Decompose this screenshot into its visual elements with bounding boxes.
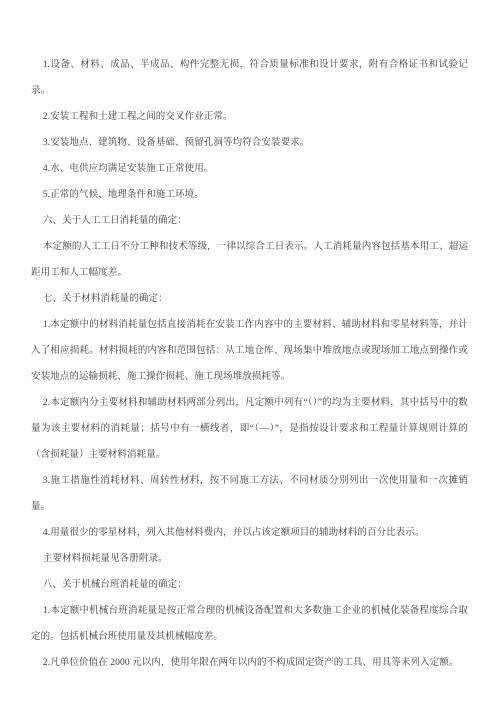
numbered-item-machine-1: 1.本定额中机械台班消耗量是按正常合理的机械设备配置和大多数施工企业的机械化装备… [31,598,468,650]
section-heading-six: 六、关于人工工日消耗量的确定： [31,208,468,234]
numbered-item-3: 3.安装地点、建筑物、设备基础、预留孔洞等均符合安装要求。 [31,130,468,156]
numbered-item-material-4: 4.用量很少的零星材料，列入其他材料费内，并以占该定额项目的辅助材料的百分比表示… [31,520,468,546]
numbered-item-4: 4.水、电供应均满足安装施工正常使用。 [31,156,468,182]
document-page: 1.设备、材料、成品、半成品、构件完整无损，符合质量标准和设计要求，附有合格证书… [0,0,496,701]
document-body: 1.设备、材料、成品、半成品、构件完整无损，符合质量标准和设计要求，附有合格证书… [31,52,468,676]
numbered-item-machine-2: 2.凡单位价值在 2000 元以内，使用年限在两年以内的不构成固定资产的工具、用… [31,650,468,676]
numbered-item-material-1: 1.本定额中的材料消耗量包括直接消耗在安装工作内容中的主要材料、辅助材料和零星材… [31,312,468,390]
paragraph-appendix-note: 主要材料损耗量见各册附录。 [31,546,468,572]
numbered-item-material-2: 2.本定额内分主要材料和辅助材料两部分列出，凡定额中列有“（）”的均为主要材料，… [31,390,468,468]
section-heading-seven: 七、关于材料消耗量的确定： [31,286,468,312]
numbered-item-material-3: 3.施工措施性消耗材料、周转性材料，按不同施工方法、不同材质分别列出一次使用量和… [31,468,468,520]
numbered-item-5: 5.正常的气候、地理条件和施工环境。 [31,182,468,208]
section-heading-eight: 八、关于机械台班消耗量的确定： [31,572,468,598]
numbered-item-1: 1.设备、材料、成品、半成品、构件完整无损，符合质量标准和设计要求，附有合格证书… [31,52,468,104]
numbered-item-2: 2.安装工程和土建工程之间的交叉作业正常。 [31,104,468,130]
paragraph-labor-workday: 本定额的人工工日不分工种和技术等级，一律以综合工日表示。人工消耗量内容包括基本用… [31,234,468,286]
